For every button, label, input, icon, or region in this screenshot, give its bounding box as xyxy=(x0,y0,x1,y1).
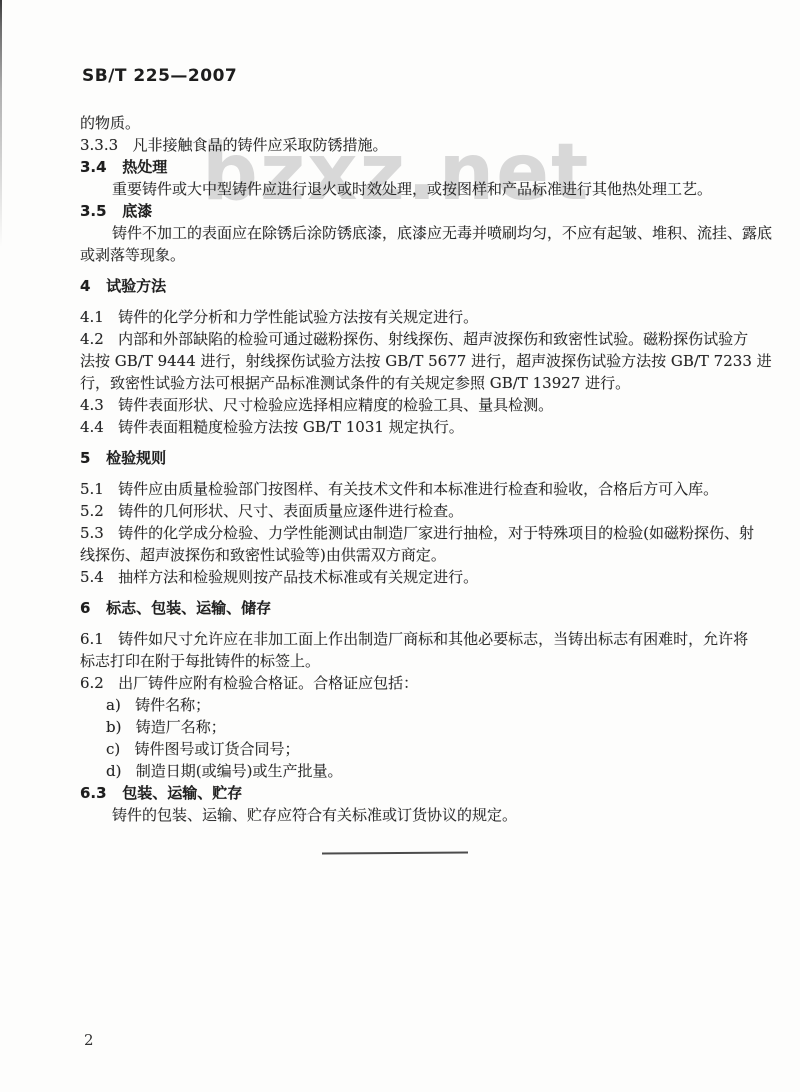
clause-5-4: 5.4 抽样方法和检验规则按产品技术标准或有关规定进行。 xyxy=(80,566,748,588)
list-item-d: d) 制造日期(或编号)或生产批量。 xyxy=(80,760,748,782)
clause-6-2: 6.2 出厂铸件应附有检验合格证。合格证应包括： xyxy=(80,672,748,694)
clause-5-3-line2: 线探伤、超声波探伤和致密性试验等)由供需双方商定。 xyxy=(80,544,748,566)
para-6-3: 铸件的包装、运输、贮存应符合有关标准或订货协议的规定。 xyxy=(80,804,748,826)
document-body: 的物质。 3.3.3 凡非接触食品的铸件应采取防锈措施。 3.4 热处理 重要铸… xyxy=(80,112,748,826)
end-of-document-rule xyxy=(322,852,468,855)
list-item-b: b) 铸造厂名称； xyxy=(80,716,748,738)
clause-4-3: 4.3 铸件表面形状、尺寸检验应选择相应精度的检验工具、量具检测。 xyxy=(80,394,748,416)
page-number: 2 xyxy=(84,1031,94,1049)
para-3-5-line2: 或剥落等现象。 xyxy=(80,244,748,266)
clause-5-1: 5.1 铸件应由质量检验部门按图样、有关技术文件和本标准进行检查和验收，合格后方… xyxy=(80,478,748,500)
clause-6-1-line1: 6.1 铸件如尺寸允许应在非加工面上作出制造厂商标和其他必要标志，当铸出标志有困… xyxy=(80,628,748,650)
clause-4-2-line3: 行，致密性试验方法可根据产品标准测试条件的有关规定参照 GB/T 13927 进… xyxy=(80,372,748,394)
heading-3-4: 3.4 热处理 xyxy=(80,156,748,178)
clause-4-1: 4.1 铸件的化学分析和力学性能试验方法按有关规定进行。 xyxy=(80,306,748,328)
clause-6-1-line2: 标志打印在附于每批铸件的标签上。 xyxy=(80,650,748,672)
clause-4-4: 4.4 铸件表面粗糙度检验方法按 GB/T 1031 规定执行。 xyxy=(80,416,748,438)
clause-3-3-3: 3.3.3 凡非接触食品的铸件应采取防锈措施。 xyxy=(80,134,748,156)
heading-section-6: 6 标志、包装、运输、储存 xyxy=(80,597,748,619)
clause-4-2-line1: 4.2 内部和外部缺陷的检验可通过磁粉探伤、射线探伤、超声波探伤和致密性试验。磁… xyxy=(80,328,748,350)
paragraph-continuation: 的物质。 xyxy=(80,112,748,134)
list-item-a: a) 铸件名称； xyxy=(80,694,748,716)
heading-3-5: 3.5 底漆 xyxy=(80,200,748,222)
heading-section-5: 5 检验规则 xyxy=(80,447,748,469)
list-item-c: c) 铸件图号或订货合同号； xyxy=(80,738,748,760)
clause-5-3-line1: 5.3 铸件的化学成分检验、力学性能测试由制造厂家进行抽检，对于特殊项目的检验(… xyxy=(80,522,748,544)
scan-artifact-left-edge xyxy=(0,0,2,260)
heading-section-4: 4 试验方法 xyxy=(80,275,748,297)
clause-5-2: 5.2 铸件的几何形状、尺寸、表面质量应逐件进行检查。 xyxy=(80,500,748,522)
standard-number: SB/T 225—2007 xyxy=(82,66,237,86)
para-3-5-line1: 铸件不加工的表面应在除锈后涂防锈底漆，底漆应无毒并喷刷均匀，不应有起皱、堆积、流… xyxy=(80,222,748,244)
clause-4-2-line2: 法按 GB/T 9444 进行，射线探伤试验方法按 GB/T 5677 进行，超… xyxy=(80,350,748,372)
document-page: bzxz.net SB/T 225—2007 的物质。 3.3.3 凡非接触食品… xyxy=(0,0,800,1092)
para-3-4: 重要铸件或大中型铸件应进行退火或时效处理，或按图样和产品标准进行其他热处理工艺。 xyxy=(80,178,748,200)
heading-6-3: 6.3 包装、运输、贮存 xyxy=(80,782,748,804)
